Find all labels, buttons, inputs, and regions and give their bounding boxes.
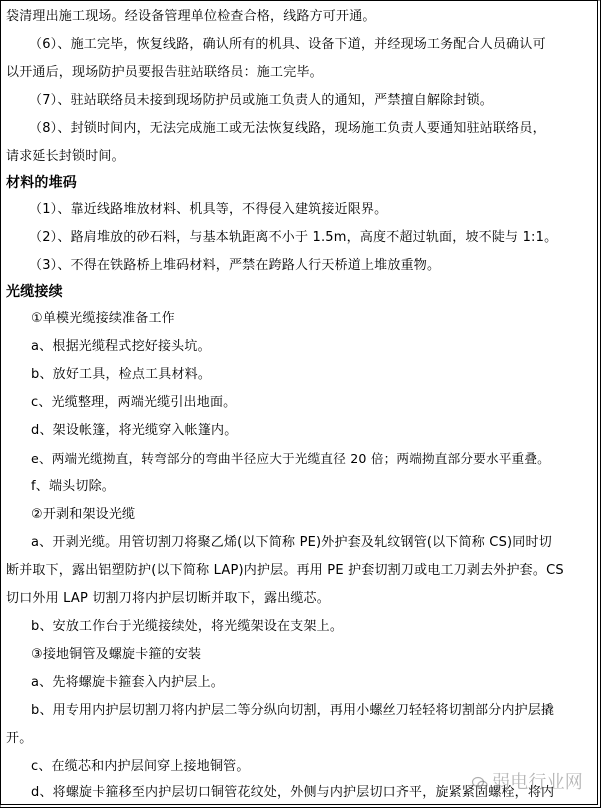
watermark-text: 弱电行业网 [492,772,583,793]
paragraph-line: b、用专用内护层切割刀将内护层二等分纵向切割，再用小螺丝刀轻轻将切割部分内护层撬 [31,701,592,721]
subsection-title: ③接地铜管及螺旋卡箍的安装 [31,645,592,665]
list-item: a、根据光缆程式挖好接头坑。 [31,337,592,357]
paragraph-line: 切口外用 LAP 切割刀将内护层切断并取下，露出缆芯。 [6,589,592,609]
list-item: f、端头切除。 [31,477,592,497]
list-item: （3）、不得在铁路桥上堆码材料，严禁在跨路人行天桥道上堆放重物。 [29,256,592,276]
paragraph-line: 请求延长封锁时间。 [6,147,592,167]
list-item: （1）、靠近线路堆放材料、机具等，不得侵入建筑接近限界。 [29,200,592,220]
paragraph-line: 袋清理出施工现场。经设备管理单位检查合格，线路方可开通。 [6,7,592,27]
subsection-title: ①单模光缆接续准备工作 [31,309,592,329]
list-item: （2）、路肩堆放的砂石料，与基本轨距离不小于 1.5m，高度不超过轨面，坡不陡与… [29,228,592,248]
section-heading-materials: 材料的堆码 [6,173,592,193]
list-item: a、先将螺旋卡箍套入内护层上。 [31,673,592,693]
subsection-title: ②开剥和架设光缆 [31,505,592,525]
paragraph-line: a、开剥光缆。用管切割刀将聚乙烯(以下简称 PE)外护套及轧纹钢管(以下简称 C… [31,533,592,553]
wechat-icon [472,776,488,790]
paragraph-line: （7）、驻站联络员未接到现场防护员或施工负责人的通知，严禁擅自解除封锁。 [29,91,592,111]
list-item: b、放好工具，检点工具材料。 [31,365,592,385]
list-item: b、安放工作台于光缆接续处，将光缆架设在支架上。 [31,617,592,637]
paragraph-line: 以开通后，现场防护员要报告驻站联络员：施工完毕。 [6,63,592,83]
paragraph-line: （6）、施工完毕，恢复线路，确认所有的机具、设备下道，并经现场工务配合人员确认可 [29,35,592,55]
list-item: e、两端光缆拗直，转弯部分的弯曲半径应大于光缆直径 20 倍；两端拗直部分要水平… [31,449,592,469]
watermark: 弱电行业网 [472,768,583,794]
paragraph-line: 开。 [6,729,592,749]
list-item: d、架设帐篷，将光缆穿入帐篷内。 [31,421,592,441]
list-item: c、光缆整理，两端光缆引出地面。 [31,393,592,413]
document-page: 袋清理出施工现场。经设备管理单位检查合格，线路方可开通。 （6）、施工完毕，恢复… [0,0,601,808]
paragraph-line: 断并取下，露出铝塑防护(以下简称 LAP)内护层。再用 PE 护套切割刀或电工刀… [6,561,592,581]
paragraph-line: （8）、封锁时间内，无法完成施工或无法恢复线路，现场施工负责人要通知驻站联络员， [29,119,592,139]
section-heading-splicing: 光缆接续 [6,282,592,302]
